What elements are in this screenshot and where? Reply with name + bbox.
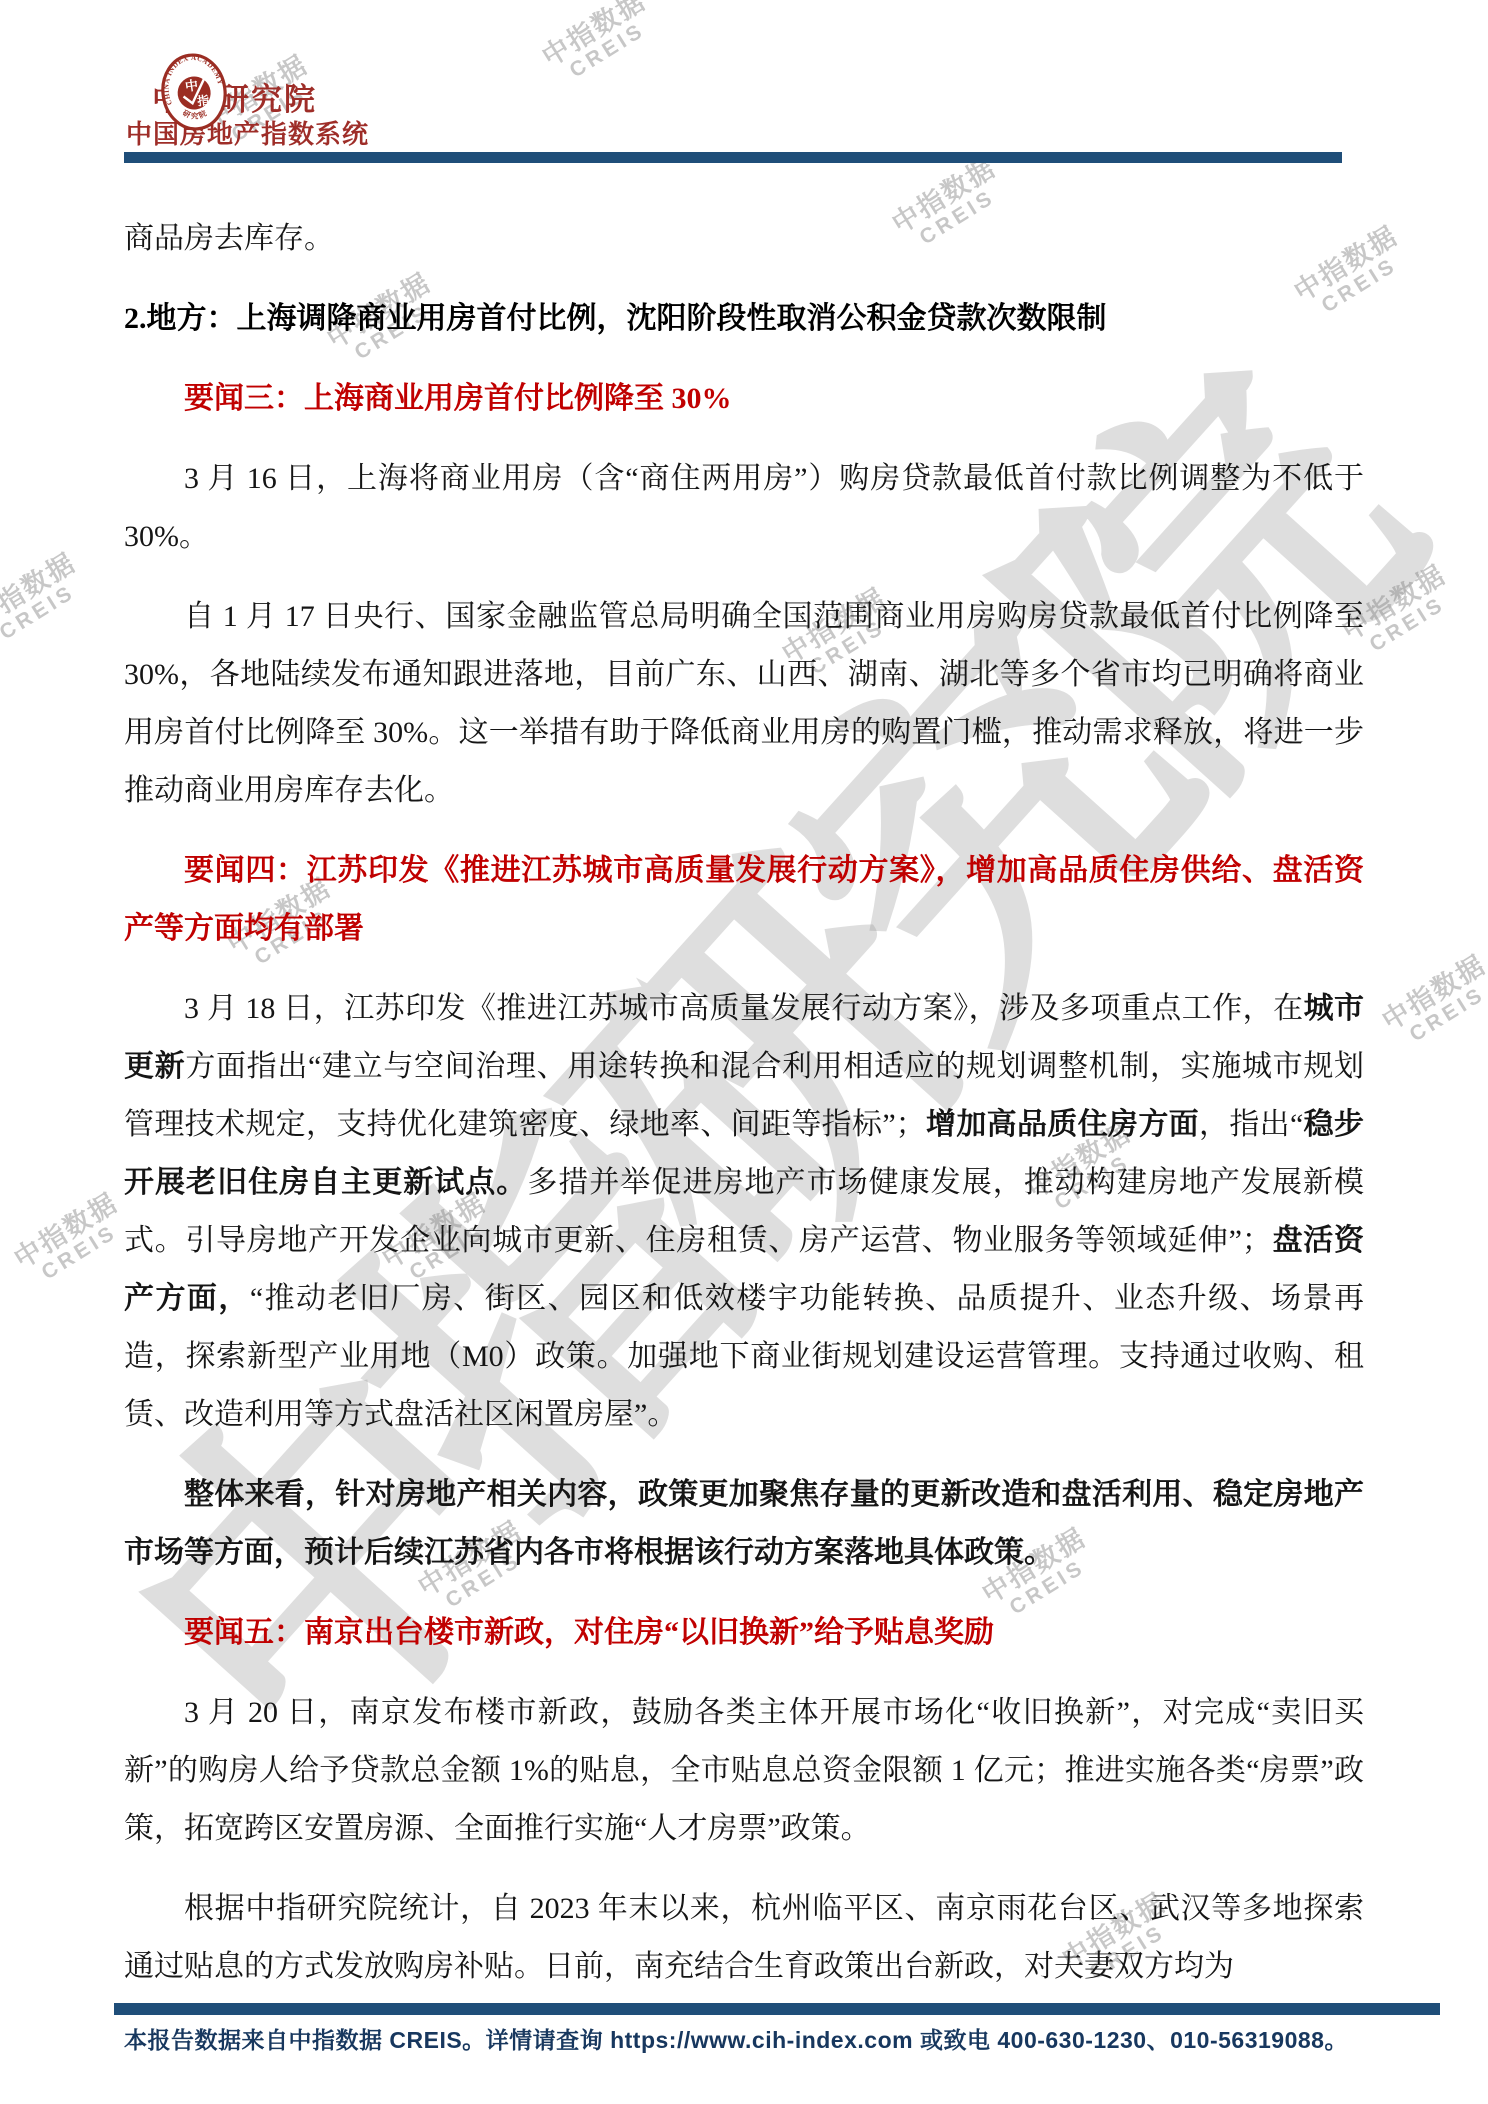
- footer-text-segment: 或致电 400-630-1230、010-56319088。: [913, 2027, 1348, 2053]
- news-heading: 要闻四：江苏印发《推进江苏城市高质量发展行动方案》，增加高品质住房供给、盘活资产…: [124, 842, 1364, 958]
- text-segment: 自 1 月 17 日央行、国家金融监管总局明确全国范围商业用房购房贷款最低首付比…: [124, 600, 1364, 807]
- creis-watermark: 中指数据CREIS: [0, 543, 102, 659]
- text-segment: 3 月 18 日，江苏印发《推进江苏城市高质量发展行动方案》，涉及多项重点工作，…: [184, 992, 1304, 1025]
- news-heading: 要闻五：南京出台楼市新政，对住房“以旧换新”给予贴息奖励: [124, 1604, 1364, 1662]
- creis-watermark-line2: CREIS: [0, 566, 102, 658]
- paragraph: 商品房去库存。: [124, 210, 1364, 268]
- report-page: 中指研究院 中指数据CREIS中指数据CREIS中指数据CREIS中指数据CRE…: [0, 0, 1488, 2104]
- paragraph: 3 月 20 日，南京发布楼市新政，鼓励各类主体开展市场化“收旧换新”，对完成“…: [124, 1684, 1364, 1858]
- text-segment: 2.地方：上海调降商业用房首付比例，沈阳阶段性取消公积金贷款次数限制: [124, 302, 1107, 335]
- china-index-academy-seal-icon: CHINA INDEX ACADEMY 中 指 研 究 院: [160, 52, 228, 132]
- creis-watermark-line2: CREIS: [1382, 968, 1488, 1060]
- report-body: 商品房去库存。2.地方：上海调降商业用房首付比例，沈阳阶段性取消公积金贷款次数限…: [124, 210, 1364, 2018]
- text-segment: 要闻三：上海商业用房首付比例降至 30%: [184, 382, 732, 415]
- footer-note: 本报告数据来自中指数据 CREIS。详情请查询 https://www.cih-…: [124, 2022, 1424, 2055]
- text-segment: 要闻五：南京出台楼市新政，对住房“以旧换新”给予贴息奖励: [184, 1616, 994, 1649]
- text-segment: 根据中指研究院统计，自 2023 年末以来，杭州临平区、南京雨花台区、武汉等多地…: [124, 1892, 1364, 1983]
- text-segment: 3 月 16 日，上海将商业用房（含“商住两用房”）购房贷款最低首付款比例调整为…: [124, 462, 1364, 553]
- footer-rule: [114, 2003, 1440, 2015]
- text-segment: “推动老旧厂房、街区、园区和低效楼宇功能转换、品质提升、业态升级、场景再造，探索…: [124, 1282, 1364, 1431]
- text-segment: 要闻四：江苏印发《推进江苏城市高质量发展行动方案》，增加高品质住房供给、盘活资产…: [124, 854, 1364, 945]
- creis-watermark-line1: 中指数据: [0, 543, 91, 641]
- paragraph: 3 月 18 日，江苏印发《推进江苏城市高质量发展行动方案》，涉及多项重点工作，…: [124, 980, 1364, 1444]
- creis-watermark: 中指数据CREIS: [0, 1183, 144, 1299]
- section-heading: 2.地方：上海调降商业用房首付比例，沈阳阶段性取消公积金贷款次数限制: [124, 290, 1364, 348]
- creis-watermark: 中指数据CREIS: [1368, 945, 1488, 1061]
- footer-url[interactable]: https://www.cih-index.com: [610, 2027, 913, 2053]
- paragraph: 整体来看，针对房地产相关内容，政策更加聚焦存量的更新改造和盘活利用、稳定房地产市…: [124, 1466, 1364, 1582]
- text-segment: 商品房去库存。: [124, 222, 334, 255]
- news-heading: 要闻三：上海商业用房首付比例降至 30%: [124, 370, 1364, 428]
- paragraph: 根据中指研究院统计，自 2023 年末以来，杭州临平区、南京雨花台区、武汉等多地…: [124, 1880, 1364, 1996]
- text-segment: 3 月 20 日，南京发布楼市新政，鼓励各类主体开展市场化“收旧换新”，对完成“…: [124, 1696, 1364, 1845]
- text-segment: 增加高品质住房方面: [926, 1108, 1199, 1141]
- paragraph: 自 1 月 17 日央行、国家金融监管总局明确全国范围商业用房购房贷款最低首付比…: [124, 588, 1364, 820]
- creis-watermark-line1: 中指数据: [528, 0, 661, 78]
- header-rule: [124, 152, 1342, 163]
- footer-text-segment: 本报告数据来自中指数据 CREIS。详情请查询: [124, 2027, 610, 2053]
- text-segment: 整体来看，针对房地产相关内容，政策更加聚焦存量的更新改造和盘活利用、稳定房地产市…: [124, 1478, 1364, 1569]
- text-segment: ，指出“: [1199, 1108, 1303, 1141]
- creis-watermark-line1: 中指数据: [0, 1183, 133, 1281]
- creis-watermark: 中指数据CREIS: [528, 0, 673, 96]
- paragraph: 3 月 16 日，上海将商业用房（含“商住两用房”）购房贷款最低首付款比例调整为…: [124, 450, 1364, 566]
- creis-watermark-line2: CREIS: [542, 4, 672, 96]
- creis-watermark-line1: 中指数据: [1368, 945, 1488, 1043]
